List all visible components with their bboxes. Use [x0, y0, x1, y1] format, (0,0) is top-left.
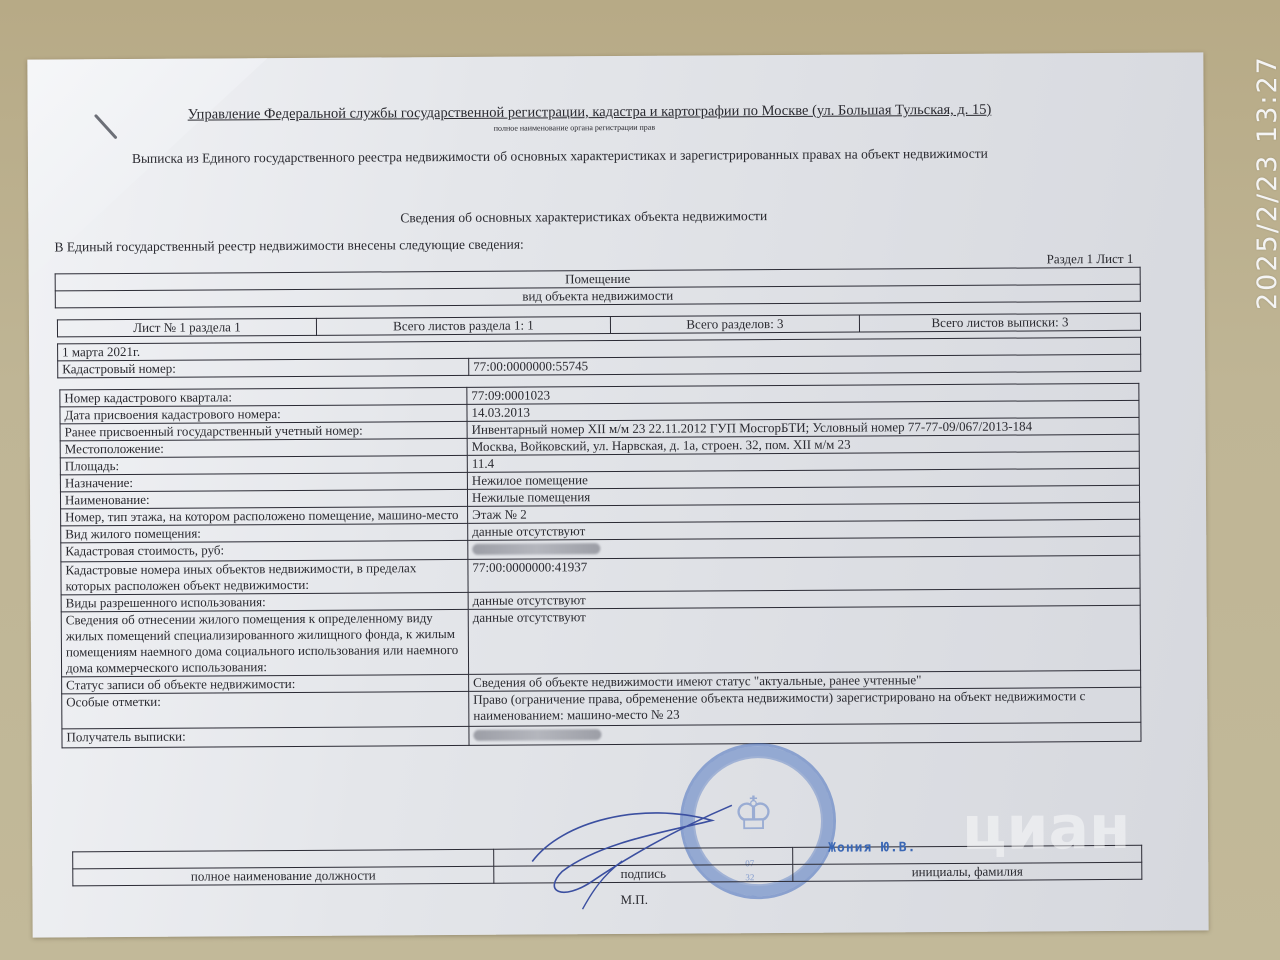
document-title: Выписка из Единого государственного реес…: [132, 146, 988, 167]
redaction-blur: [473, 729, 601, 741]
object-kind-table: Помещение вид объекта недвижимости: [55, 267, 1141, 309]
table-row: Сведения об отнесении жилого помещения к…: [61, 605, 1140, 677]
name-caption: инициалы, фамилия: [793, 862, 1142, 881]
redacted-value: [469, 722, 1141, 745]
total-sections: Всего разделов: 3: [610, 315, 859, 334]
authority-caption: полное наименование органа регистрации п…: [494, 123, 655, 133]
seal-place-mark: М.П.: [620, 892, 648, 908]
sheet-number: Лист № 1 раздела 1: [57, 318, 316, 337]
intro-text: В Единый государственный реестр недвижим…: [54, 237, 523, 256]
position-caption: полное наименование должности: [73, 866, 494, 886]
section-sheets-count: Всего листов раздела 1: 1: [316, 317, 610, 336]
redaction-blur: [472, 543, 600, 555]
section-title: Сведения об основных характеристиках объ…: [400, 208, 767, 226]
signer-name-stamp: Жония Ю.В.: [828, 840, 916, 856]
cian-watermark: циан: [962, 793, 1131, 864]
registration-authority: Управление Федеральной службы государств…: [188, 102, 992, 124]
document-sheet: Управление Федеральной службы государств…: [27, 52, 1208, 937]
cadastral-number-value: 77:00:0000000:55745: [469, 354, 1141, 375]
total-sheets: Всего листов выписки: 3: [859, 313, 1140, 332]
cadastral-number-label: Кадастровый номер:: [58, 358, 469, 378]
sheet-info-table: Лист № 1 раздела 1 Всего листов раздела …: [57, 313, 1141, 338]
section-reference: Раздел 1 Лист 1: [1047, 251, 1134, 268]
characteristics-table: Номер кадастрового квартала:77:09:000102…: [59, 383, 1141, 749]
photo-timestamp: 2025/2/23 13:27: [1252, 55, 1280, 310]
date-cadastral-table: 1 марта 2021г. Кадастровый номер: 77:00:…: [57, 337, 1141, 379]
